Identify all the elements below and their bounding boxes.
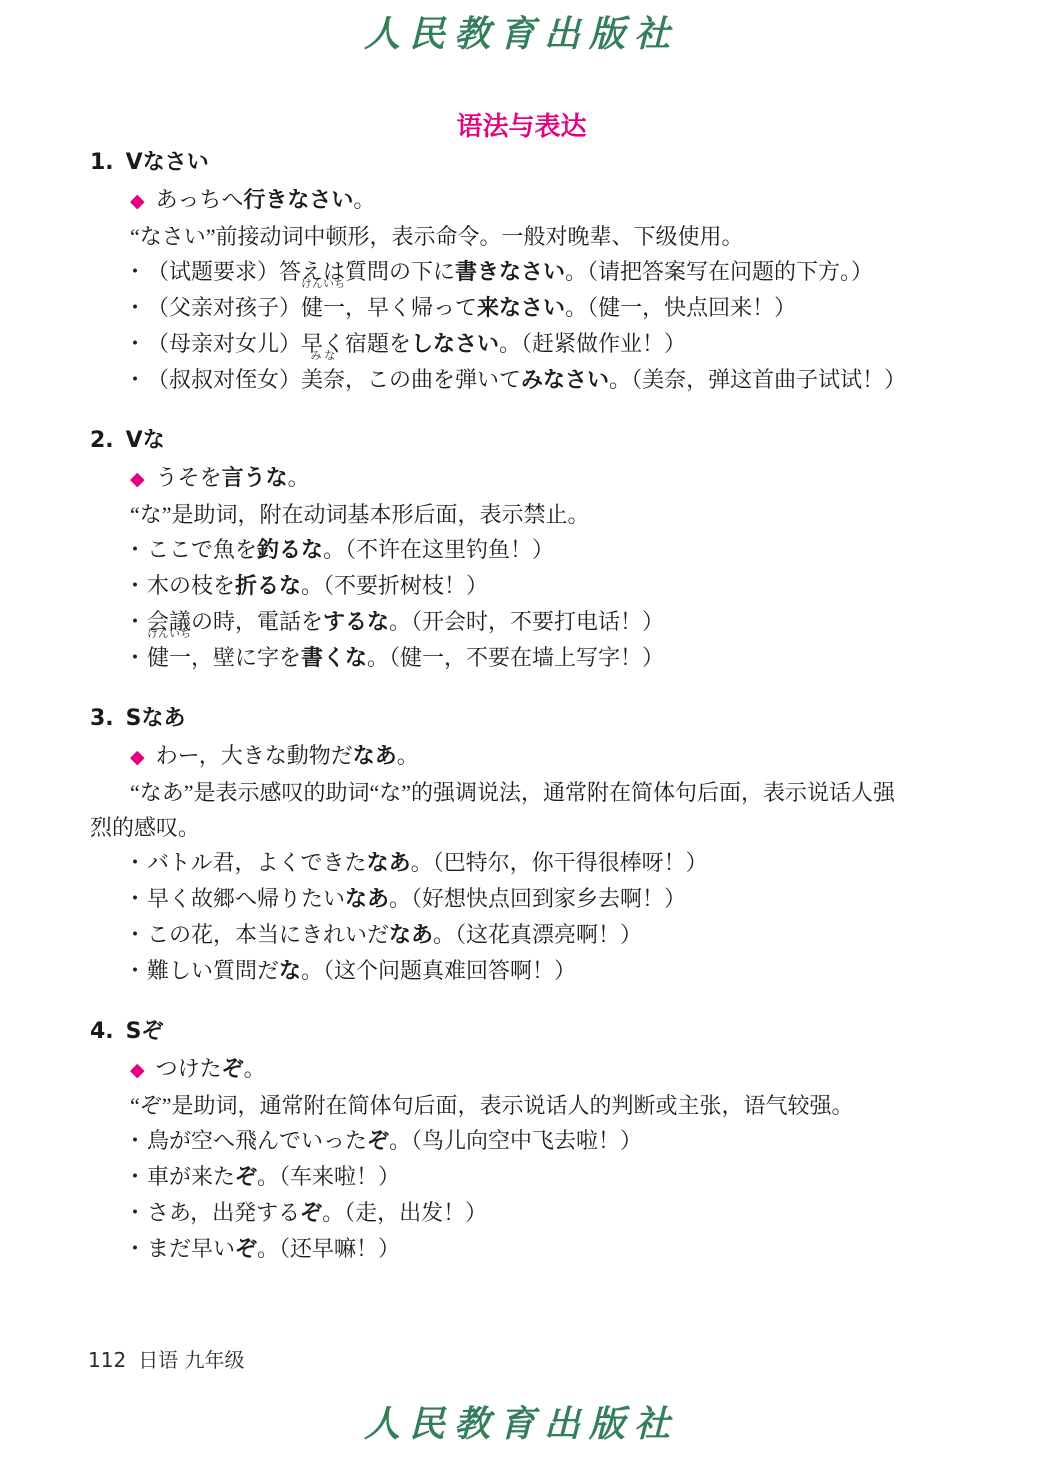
text-run: 鳥が空へ飛んでいった	[147, 1128, 367, 1153]
emphasis-text: ぞ	[235, 1237, 257, 1262]
bullet-dot-icon: ・	[124, 362, 146, 397]
example-item: ・健一けんいち，壁に字を書くな。（健一，不要在墙上写字！）	[129, 640, 1043, 676]
ruby-text: 美奈み な	[301, 362, 345, 397]
text-run: バトル君，よくできた	[147, 850, 367, 875]
grammar-section: 3.Sなあ ◆わー，大きな動物だなあ。 “なあ”是表示感叹的助词“な”的强调说法…	[0, 706, 1043, 989]
example-item: ・（母亲对女儿）早く宿題をしなさい。（赶紧做作业！）	[129, 326, 1043, 362]
text-run: 。（这个问题真难回答啊！）	[301, 958, 576, 983]
text-run: 。	[397, 743, 419, 768]
text-run: 。（巴特尔，你干得很棒呀！）	[411, 850, 708, 875]
section-number: 3.	[90, 706, 114, 731]
example-item: ・ここで魚を釣るな。（不许在这里钓鱼！）	[129, 532, 1043, 568]
emphasis-text: 書きなさい	[455, 260, 565, 285]
bullet-dot-icon: ・	[124, 1231, 146, 1266]
example-item: ・さあ，出発するぞ。（走，出发！）	[129, 1195, 1043, 1231]
text-run: 。	[353, 187, 375, 212]
furigana: み な	[311, 351, 336, 362]
ruby-text: 健一けんいち	[301, 290, 345, 325]
grammar-sections: 1.Vなさい ◆あっちへ行きなさい。 “なさい”前接动词中顿形，表示命令。一般对…	[0, 150, 1043, 1267]
emphasis-text: な	[279, 959, 301, 984]
furigana: けんいち	[147, 629, 191, 640]
text-run: まだ早い	[147, 1236, 235, 1261]
furigana: けんいち	[301, 279, 345, 290]
text-run: 難しい質問だ	[147, 958, 279, 983]
text-run: 車が来た	[147, 1164, 235, 1189]
emphasis-text: するな	[323, 610, 389, 635]
text-run: 。（不要折树枝！）	[301, 573, 488, 598]
section-heading-row: 2.Vな	[90, 428, 1043, 454]
bullet-dot-icon: ・	[124, 1159, 146, 1194]
section-number: 4.	[90, 1019, 114, 1044]
explanation-line: “ぞ”是助词，通常附在简体句后面，表示说话人的判断或主张，语气较强。	[90, 1088, 955, 1123]
publisher-logo-top: 人民教育出版社	[0, 0, 1043, 56]
emphasis-text: なあ	[389, 923, 433, 948]
key-example-line: ◆わー，大きな動物だなあ。	[130, 738, 1043, 775]
example-item: ・（试题要求）答えは質問の下に書きなさい。（请把答案写在问题的下方。）	[129, 254, 1043, 290]
key-example-line: ◆つけたぞ。	[130, 1051, 1043, 1088]
example-item: ・バトル君，よくできたなあ。（巴特尔，你干得很棒呀！）	[129, 845, 1043, 881]
grammar-section: 4.Sぞ ◆つけたぞ。 “ぞ”是助词，通常附在简体句后面，表示说话人的判断或主张…	[0, 1019, 1043, 1267]
text-run: ，壁に字を	[191, 645, 301, 670]
emphasis-text: ぞ	[367, 1129, 389, 1154]
text-run: うそを	[156, 465, 222, 490]
explanation-text: “なさい”前接动词中顿形，表示命令。一般对晚辈、下级使用。	[0, 219, 1043, 254]
text-run: 。	[288, 465, 310, 490]
text-run: ，この曲を弾いて	[345, 367, 521, 392]
example-list: ・鳥が空へ飛んでいったぞ。（鸟儿向空中飞去啦！）・車が来たぞ。（车来啦！）・さあ…	[0, 1123, 1043, 1267]
bullet-dot-icon: ・	[124, 845, 146, 880]
text-run: 。（走，出发！）	[322, 1200, 487, 1225]
bullet-dot-icon: ・	[124, 1123, 146, 1158]
bullet-dot-icon: ・	[124, 953, 146, 988]
example-list: ・バトル君，よくできたなあ。（巴特尔，你干得很棒呀！）・早く故郷へ帰りたいなあ。…	[0, 845, 1043, 989]
text-run: （母亲对女儿）早く宿題を	[147, 331, 411, 356]
section-heading-row: 3.Sなあ	[90, 706, 1043, 732]
emphasis-text: ぞ	[300, 1201, 322, 1226]
example-item: ・会議の時，電話をするな。（开会时，不要打电话！）	[129, 604, 1043, 640]
diamond-bullet-icon: ◆	[130, 1059, 145, 1081]
example-sentence: わー，大きな動物だなあ。	[156, 743, 419, 768]
emphasis-text: なあ	[345, 887, 389, 912]
explanation-text: “なあ”是表示感叹的助词“な”的强调说法，通常附在简体句后面，表示说话人强烈的感…	[0, 775, 1043, 845]
explanation-line: “なあ”是表示感叹的助词“な”的强调说法，通常附在简体句后面，表示说话人强	[90, 775, 955, 810]
text-run: ここで魚を	[147, 537, 257, 562]
example-item: ・車が来たぞ。（车来啦！）	[129, 1159, 1043, 1195]
page-number: 112	[88, 1348, 126, 1372]
explanation-line: “なさい”前接动词中顿形，表示命令。一般对晚辈、下级使用。	[90, 219, 955, 254]
bullet-dot-icon: ・	[124, 1195, 146, 1230]
ruby-base: 健一	[301, 295, 345, 320]
text-run: 。（这花真漂亮啊！）	[433, 922, 642, 947]
text-run: 。（美奈，弹这首曲子试试！）	[609, 367, 906, 392]
text-run: あっちへ	[156, 187, 244, 212]
bullet-dot-icon: ・	[124, 881, 146, 916]
text-run: 。	[244, 1056, 266, 1081]
key-example-line: ◆うそを言うな。	[130, 460, 1043, 497]
emphasis-text: 言うな	[222, 466, 288, 491]
example-list: ・ここで魚を釣るな。（不许在这里钓鱼！）・木の枝を折るな。（不要折树枝！）・会議…	[0, 532, 1043, 676]
bullet-dot-icon: ・	[124, 326, 146, 361]
emphasis-text: 来なさい	[477, 296, 565, 321]
text-run: さあ，出発する	[147, 1200, 300, 1225]
section-heading: Vなさい	[126, 150, 209, 175]
ruby-base: 美奈	[301, 367, 345, 392]
bullet-dot-icon: ・	[124, 640, 146, 675]
text-run: 。（赶紧做作业！）	[499, 331, 686, 356]
diamond-bullet-icon: ◆	[130, 190, 145, 212]
section-number: 2.	[90, 428, 114, 453]
diamond-bullet-icon: ◆	[130, 746, 145, 768]
section-number: 1.	[90, 150, 114, 175]
page-title: 语法与表达	[0, 112, 1043, 142]
text-run: 。（开会时，不要打电话！）	[389, 609, 664, 634]
section-heading: Vな	[126, 428, 165, 453]
ruby-base: 健一	[147, 645, 191, 670]
text-run: （叔叔对侄女）	[147, 367, 301, 392]
section-heading-row: 4.Sぞ	[90, 1019, 1043, 1045]
example-sentence: うそを言うな。	[156, 465, 310, 490]
text-run: 。（鸟儿向空中飞去啦！）	[389, 1128, 642, 1153]
example-list: ・（试题要求）答えは質問の下に書きなさい。（请把答案写在问题的下方。）・（父亲对…	[0, 254, 1043, 398]
text-run: 。（健一，快点回来！）	[565, 295, 796, 320]
explanation-text: “ぞ”是助词，通常附在简体句后面，表示说话人的判断或主张，语气较强。	[0, 1088, 1043, 1123]
example-item: ・この花，本当にきれいだなあ。（这花真漂亮啊！）	[129, 917, 1043, 953]
example-item: ・木の枝を折るな。（不要折树枝！）	[129, 568, 1043, 604]
example-item: ・鳥が空へ飛んでいったぞ。（鸟儿向空中飞去啦！）	[129, 1123, 1043, 1159]
diamond-bullet-icon: ◆	[130, 468, 145, 490]
bullet-dot-icon: ・	[124, 532, 146, 567]
publisher-logo-bottom: 人民教育出版社	[0, 1402, 1043, 1446]
text-run: わー，大きな動物だ	[156, 743, 353, 768]
bullet-dot-icon: ・	[124, 290, 146, 325]
grammar-section: 1.Vなさい ◆あっちへ行きなさい。 “なさい”前接动词中顿形，表示命令。一般对…	[0, 150, 1043, 398]
text-run: 早く故郷へ帰りたい	[147, 886, 345, 911]
example-item: ・まだ早いぞ。（还早嘛！）	[129, 1231, 1043, 1267]
emphasis-text: 折るな	[235, 574, 301, 599]
text-run: 。（车来啦！）	[257, 1164, 400, 1189]
example-sentence: あっちへ行きなさい。	[156, 187, 376, 212]
text-run: 。（请把答案写在问题的下方。）	[565, 259, 873, 284]
text-run: 。（健一，不要在墙上写字！）	[367, 645, 664, 670]
page-footer: 112日语 九年级	[88, 1344, 245, 1373]
ruby-text: 健一けんいち	[147, 640, 191, 675]
emphasis-text: ぞ	[235, 1165, 257, 1190]
example-item: ・早く故郷へ帰りたいなあ。（好想快点回到家乡去啊！）	[129, 881, 1043, 917]
explanation-line: 烈的感叹。	[90, 810, 955, 845]
example-item: ・（叔叔对侄女）美奈み な，この曲を弾いてみなさい。（美奈，弹这首曲子试试！）	[129, 362, 1043, 398]
textbook-page: 人民教育出版社 语法与表达 1.Vなさい ◆あっちへ行きなさい。 “なさい”前接…	[0, 0, 1043, 1474]
key-example-line: ◆あっちへ行きなさい。	[130, 182, 1043, 219]
emphasis-text: 釣るな	[257, 538, 323, 563]
emphasis-text: しなさい	[411, 332, 499, 357]
emphasis-text: ぞ	[222, 1057, 244, 1082]
bullet-dot-icon: ・	[124, 917, 146, 952]
bullet-dot-icon: ・	[124, 604, 146, 639]
text-run: 木の枝を	[147, 573, 235, 598]
emphasis-text: 書くな	[301, 646, 367, 671]
section-heading: Sぞ	[126, 1019, 164, 1044]
text-run: ，早く帰って	[345, 295, 477, 320]
text-run: 。（好想快点回到家乡去啊！）	[389, 886, 686, 911]
section-heading-row: 1.Vなさい	[90, 150, 1043, 176]
example-item: ・難しい質問だな。（这个问题真难回答啊！）	[129, 953, 1043, 989]
explanation-line: “な”是助词，附在动词基本形后面，表示禁止。	[90, 497, 955, 532]
text-run: つけた	[156, 1056, 222, 1081]
text-run: （父亲对孩子）	[147, 295, 301, 320]
text-run: 。（不许在这里钓鱼！）	[323, 537, 554, 562]
text-run: この花，本当にきれいだ	[147, 922, 389, 947]
bullet-dot-icon: ・	[124, 254, 146, 289]
emphasis-text: みなさい	[521, 368, 609, 393]
grammar-section: 2.Vな ◆うそを言うな。 “な”是助词，附在动词基本形后面，表示禁止。 ・ここ…	[0, 428, 1043, 676]
book-title: 日语 九年级	[138, 1348, 244, 1372]
emphasis-text: なあ	[367, 851, 411, 876]
section-heading: Sなあ	[126, 706, 186, 731]
example-item: ・（父亲对孩子）健一けんいち，早く帰って来なさい。（健一，快点回来！）	[129, 290, 1043, 326]
emphasis-text: 行きなさい	[243, 188, 353, 213]
explanation-text: “な”是助词，附在动词基本形后面，表示禁止。	[0, 497, 1043, 532]
bullet-dot-icon: ・	[124, 568, 146, 603]
emphasis-text: なあ	[353, 744, 397, 769]
example-sentence: つけたぞ。	[156, 1056, 266, 1081]
text-run: 。（还早嘛！）	[257, 1236, 400, 1261]
